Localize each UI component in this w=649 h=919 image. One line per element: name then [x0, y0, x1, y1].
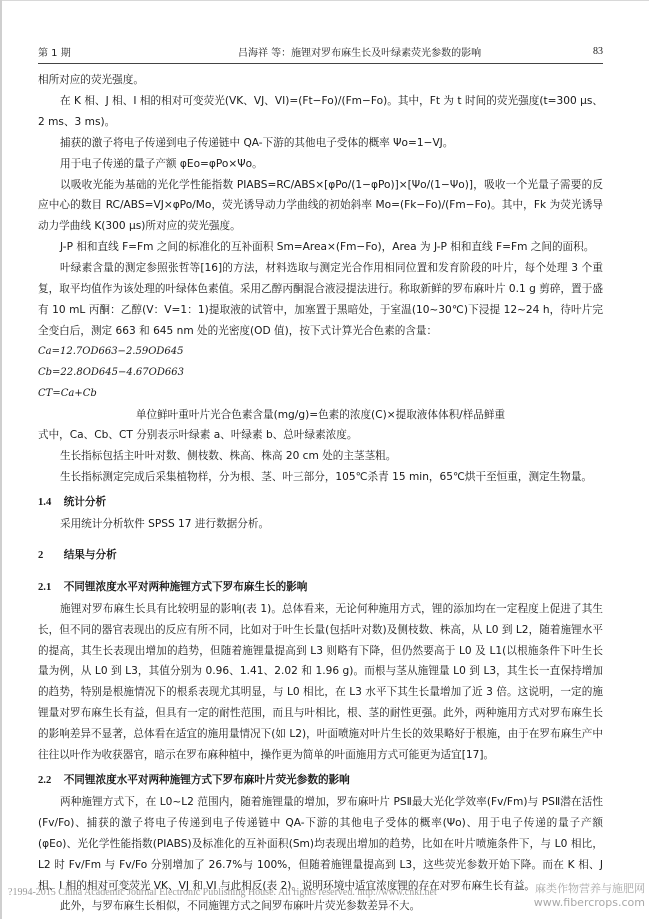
paragraph-psi-o: 捕获的激子将电子传递到电子传递链中 QA-下游的其他电子受体的概率 Ψo=1−V… — [38, 133, 603, 154]
equation-ca: Ca=12.7OD663−2.59OD645 — [38, 342, 603, 363]
paragraph-chlorophyll-method: 叶绿素含量的测定参照张哲等[16]的方法，材料选取与测定光合作用相同位置和发育阶… — [38, 258, 603, 342]
paragraph-biomass: 生长指标测定完成后采集植物样，分为根、茎、叶三部分，105℃杀青 15 min，… — [38, 467, 603, 488]
paragraph-pi-abs: 以吸收光能为基础的光化学性能指数 PIABS=RC/ABS×[φPo/(1−φP… — [38, 175, 603, 238]
paragraph-where: 式中，Ca、Cb、CT 分别表示叶绿素 a、叶绿素 b、总叶绿素浓度。 — [38, 425, 603, 446]
equation-cb: Cb=22.8OD645−4.67OD663 — [38, 363, 603, 384]
section-heading-2-2: 2.2 不同锂浓度水平对两种施锂方式下罗布麻叶片荧光参数的影响 — [38, 770, 603, 792]
section-heading-2: 2 结果与分析 — [38, 545, 603, 567]
paragraph-conclusion: 此外，与罗布麻生长相似，不同施锂方式之间罗布麻叶片荧光参数差异不大。 — [38, 896, 603, 917]
paragraph-relative-variable-fluorescence: 在 K 相、J 相、I 相的相对可变荧光(VK、VJ、VI)=(Ft−Fo)/(… — [38, 91, 603, 133]
header-rule — [38, 63, 603, 64]
paragraph-phi-eo: 用于电子传递的量子产额 φEo=φPo×Ψo。 — [38, 154, 603, 175]
equation-pigment-content: 单位鲜叶重叶片光合色素含量(mg/g)=色素的浓度(C)×提取液体体积/样品鲜重 — [38, 405, 603, 426]
watermark-title: 麻类作物营养与施肥网 — [534, 882, 645, 896]
paragraph-fluorescence-results: 两种施锂方式下，在 L0~L2 范围内，随着施锂量的增加，罗布麻叶片 PSⅡ最大… — [38, 792, 603, 897]
section-heading-1-4: 1.4 统计分析 — [38, 492, 603, 514]
running-title: 吕海祥 等：施锂对罗布麻生长及叶绿素荧光参数的影响 — [238, 44, 481, 59]
section-title: 统计分析 — [64, 496, 106, 508]
watermark-url: www.fibercrops.com — [534, 896, 645, 910]
section-title: 结果与分析 — [64, 549, 117, 561]
section-heading-2-1: 2.1 不同锂浓度水平对两种施锂方式下罗布麻生长的影响 — [38, 577, 603, 599]
running-header: 第 1 期 吕海祥 等：施锂对罗布麻生长及叶绿素荧光参数的影响 83 — [38, 44, 603, 62]
paragraph-growth-results: 施锂对罗布麻生长具有比较明显的影响(表 1)。总体看来，无论何种施用方式，锂的添… — [38, 599, 603, 766]
section-number: 2 — [38, 546, 60, 567]
paragraph-growth-indicators: 生长指标包括主叶叶对数、侧枝数、株高、株高 20 cm 处的主茎茎粗。 — [38, 446, 603, 467]
page-edge — [0, 0, 649, 1]
site-watermark: 麻类作物营养与施肥网 www.fibercrops.com — [534, 882, 645, 910]
section-title: 不同锂浓度水平对两种施锂方式下罗布麻生长的影响 — [64, 581, 308, 593]
paragraph-statistics: 采用统计分析软件 SPSS 17 进行数据分析。 — [38, 514, 603, 535]
article-body: 相所对应的荧光强度。 在 K 相、J 相、I 相的相对可变荧光(VK、VJ、VI… — [38, 70, 603, 917]
equation-ct: CT=Ca+Cb — [38, 384, 603, 405]
section-number: 2.1 — [38, 578, 60, 599]
section-title: 不同锂浓度水平对两种施锂方式下罗布麻叶片荧光参数的影响 — [64, 774, 350, 786]
page-edge — [0, 0, 2, 919]
copyright-footer: ?1994-2015 China Academic Journal Electr… — [8, 887, 437, 898]
paragraph: 相所对应的荧光强度。 — [38, 70, 603, 91]
issue-number: 第 1 期 — [38, 44, 71, 59]
page-number: 83 — [593, 46, 603, 57]
section-number: 1.4 — [38, 493, 60, 514]
section-number: 2.2 — [38, 771, 60, 792]
paragraph-sm: J-P 相和直线 F=Fm 之间的标准化的互补面积 Sm=Area×(Fm−Fo… — [38, 237, 603, 258]
